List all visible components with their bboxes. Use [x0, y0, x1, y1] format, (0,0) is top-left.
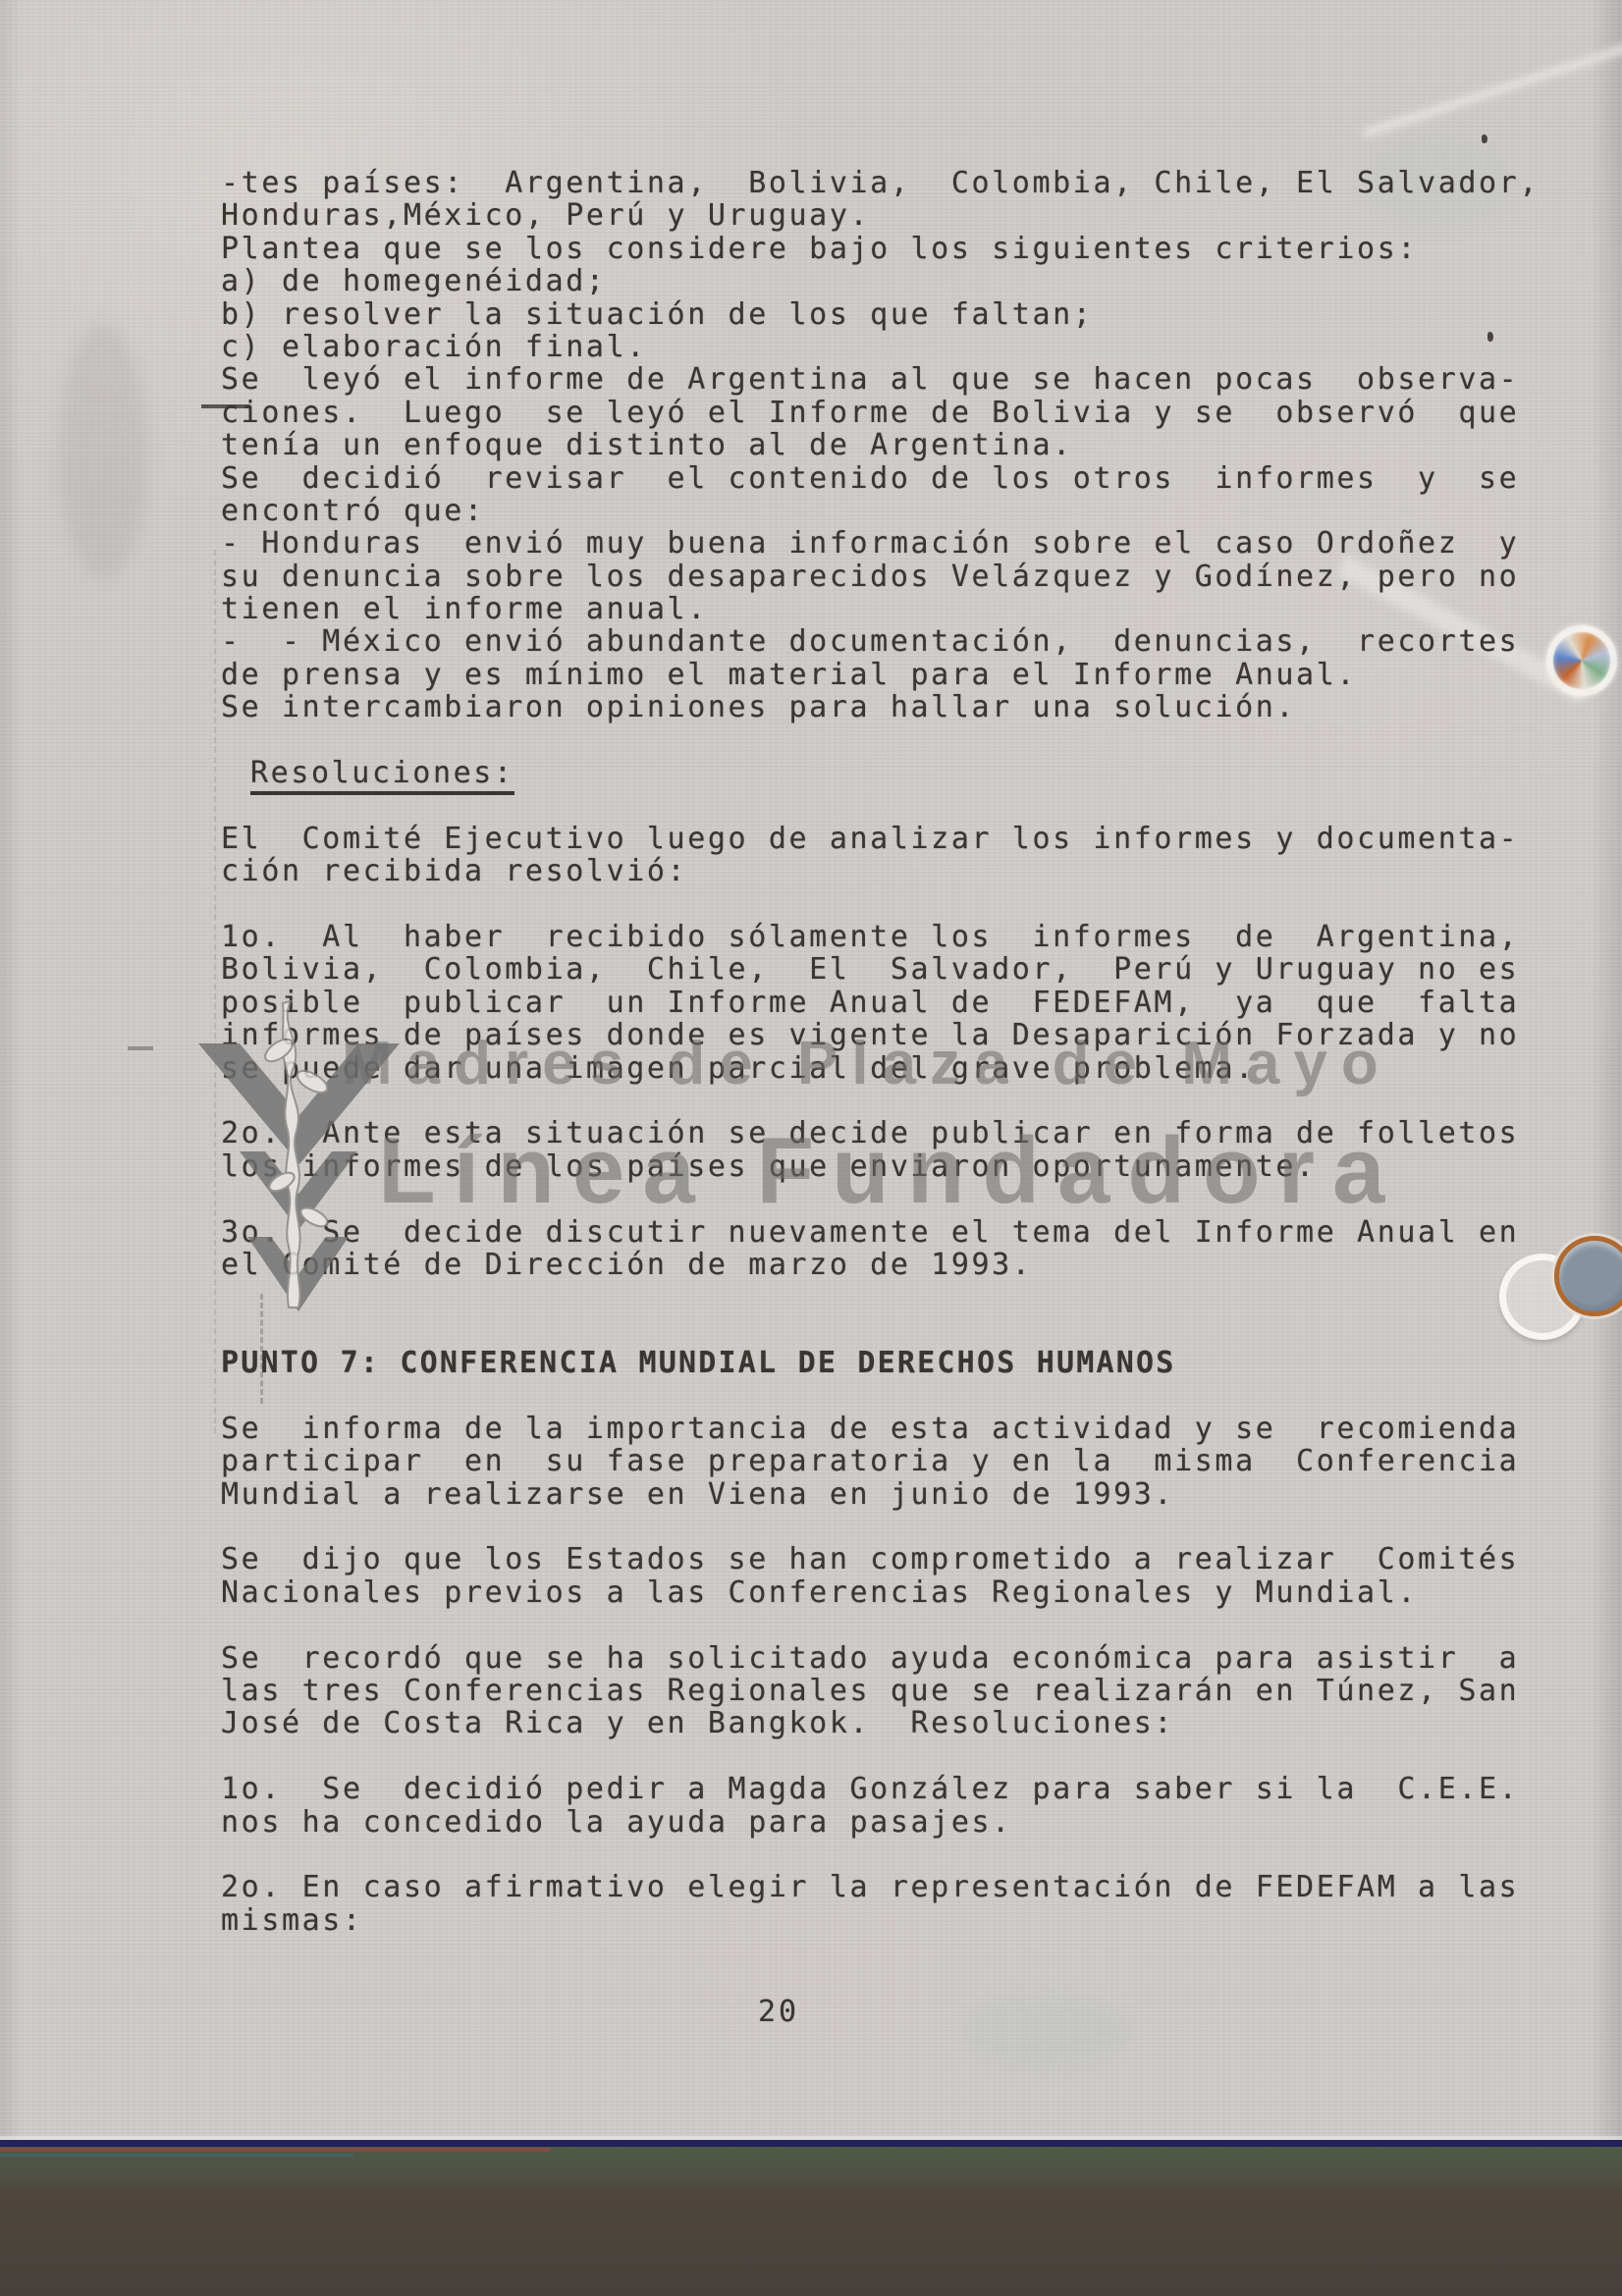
text-line: ción recibida resolvió:	[221, 855, 1576, 887]
text-line: Plantea que se los considere bajo los si…	[221, 233, 1576, 265]
blank-line	[221, 1379, 1576, 1412]
text-line: el Comité de Dirección de marzo de 1993.	[221, 1249, 1576, 1281]
blank-line	[221, 724, 1576, 757]
text-line: b) resolver la situación de los que falt…	[221, 298, 1576, 331]
text-line: nos ha concedido la ayuda para pasajes.	[221, 1806, 1576, 1839]
scanner-band-brown	[0, 2188, 1622, 2296]
text-line: José de Costa Rica y en Bangkok. Resoluc…	[221, 1707, 1576, 1739]
scanner-artifact-teal-line	[0, 2154, 353, 2157]
text-line: El Comité Ejecutivo luego de analizar lo…	[221, 823, 1576, 855]
text-line: Resoluciones:	[221, 757, 1576, 789]
blank-line	[221, 1740, 1576, 1773]
punch-hole-mark	[1546, 625, 1617, 696]
text-line: Se recordó que se ha solicitado ayuda ec…	[221, 1642, 1576, 1675]
text-line: Se informa de la importancia de esta act…	[221, 1413, 1576, 1445]
text-line: encontró que:	[221, 495, 1576, 527]
text-line: Se decidió revisar el contenido de los o…	[221, 462, 1576, 495]
watermark-text-line1: Madres de Plaza de Mayo	[342, 1029, 1392, 1098]
text-line: - - México envió abundante documentación…	[221, 625, 1576, 658]
pen-mark	[128, 1046, 153, 1050]
text-line: mismas:	[221, 1904, 1576, 1937]
scanner-artifact-red-line	[0, 2148, 550, 2152]
text-line: Se leyó el informe de Argentina al que s…	[221, 363, 1576, 396]
text-line: Bolivia, Colombia, Chile, El Salvador, P…	[221, 953, 1576, 986]
blank-line	[221, 1281, 1576, 1313]
paper-blotch	[962, 1993, 1129, 2071]
blank-line	[221, 1314, 1576, 1347]
paper-blotch	[59, 324, 147, 579]
blank-line	[221, 1969, 1576, 2002]
text-line: tienen el informe anual.	[221, 593, 1576, 625]
scanner-band-navy	[0, 2140, 1622, 2147]
text-line: de prensa y es mínimo el material para e…	[221, 659, 1576, 691]
text-line: ciones. Luego se leyó el Informe de Boli…	[221, 397, 1576, 429]
blank-line	[221, 1609, 1576, 1641]
text-line: PUNTO 7: CONFERENCIA MUNDIAL DE DERECHOS…	[221, 1347, 1576, 1379]
text-line: -tes países: Argentina, Bolivia, Colombi…	[221, 167, 1576, 199]
text-line: 2o. En caso afirmativo elegir la represe…	[221, 1871, 1576, 1903]
text-line: 1o. Al haber recibido sólamente los info…	[221, 921, 1576, 953]
blank-line	[221, 888, 1576, 921]
text-line: Mundial a realizarse en Viena en junio d…	[221, 1478, 1576, 1511]
watermark-text-line2: Línea Fundadora	[378, 1117, 1402, 1225]
text-line: Honduras,México, Perú y Uruguay.	[221, 199, 1576, 232]
text-line: Se dijo que los Estados se han compromet…	[221, 1543, 1576, 1575]
blank-line	[221, 1511, 1576, 1543]
text-line: posible publicar un Informe Anual de FED…	[221, 987, 1576, 1019]
text-line: tenía un enfoque distinto al de Argentin…	[221, 429, 1576, 461]
blank-line	[221, 1937, 1576, 1969]
text-line: a) de homegenéidad;	[221, 265, 1576, 297]
ink-speck	[1482, 134, 1487, 143]
text-line: participar en su fase preparatoria y en …	[221, 1445, 1576, 1477]
text-line: 1o. Se decidió pedir a Magda González pa…	[221, 1773, 1576, 1805]
blank-line	[221, 1839, 1576, 1871]
text-line: Nacionales previos a las Conferencias Re…	[221, 1576, 1576, 1609]
text-line: Se intercambiaron opiniones para hallar …	[221, 691, 1576, 723]
underlined-heading-text: Resoluciones:	[250, 756, 514, 795]
text-line: - Honduras envió muy buena información s…	[221, 527, 1576, 560]
text-line: c) elaboración final.	[221, 331, 1576, 363]
page-number: 20	[758, 1995, 799, 2029]
text-line: su denuncia sobre los desaparecidos Velá…	[221, 561, 1576, 593]
text-line: las tres Conferencias Regionales que se …	[221, 1675, 1576, 1707]
